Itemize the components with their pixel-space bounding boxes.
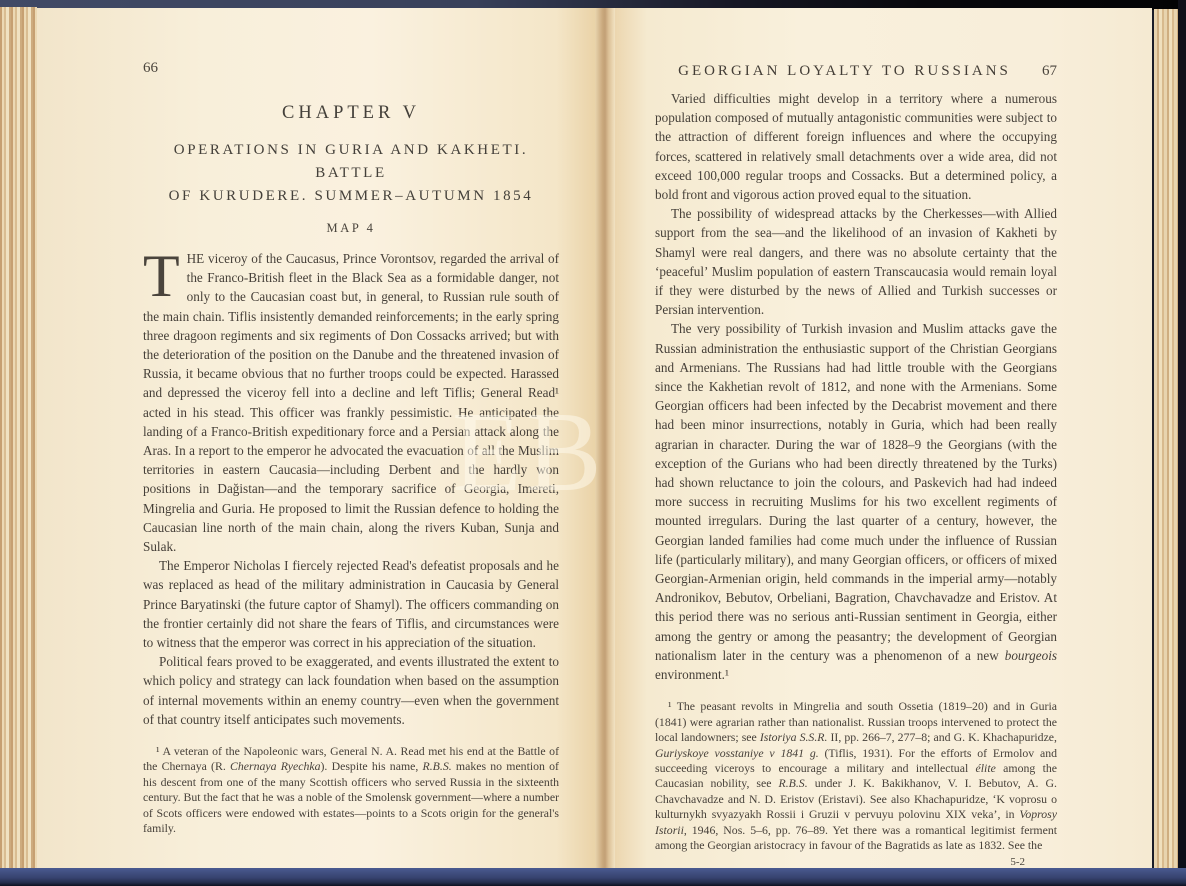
right-page: GEORGIAN LOYALTY TO RUSSIANS 67 Varied d… — [615, 8, 1152, 869]
left-page-body: THE viceroy of the Caucasus, Prince Voro… — [143, 249, 559, 729]
chapter-title: OPERATIONS IN GURIA AND KAKHETI. BATTLE … — [143, 139, 559, 208]
page-edges-left — [0, 7, 37, 870]
open-book-scan: 66 CHAPTER V OPERATIONS IN GURIA AND KAK… — [0, 0, 1186, 886]
chapter-heading: CHAPTER V — [143, 103, 559, 124]
book-cover-bottom-edge — [0, 868, 1186, 886]
right-page-body: Varied difficulties might develop in a t… — [655, 89, 1057, 684]
chapter-title-line2: OF KURUDERE. SUMMER–AUTUMN 1854 — [143, 185, 559, 208]
drop-cap: T — [143, 249, 187, 303]
right-page-footnote: ¹ The peasant revolts in Mingrelia and s… — [655, 699, 1057, 853]
paragraph-text: HE viceroy of the Caucasus, Prince Voron… — [143, 251, 559, 554]
left-page-content: 66 CHAPTER V OPERATIONS IN GURIA AND KAK… — [143, 60, 559, 837]
paragraph: Varied difficulties might develop in a t… — [655, 89, 1057, 204]
left-page-number: 66 — [143, 60, 559, 77]
left-page-footnote: ¹ A veteran of the Napoleonic wars, Gene… — [143, 744, 559, 836]
book-cover-right-edge — [1178, 0, 1186, 886]
book-gutter — [595, 8, 615, 869]
running-header: GEORGIAN LOYALTY TO RUSSIANS 67 — [655, 63, 1057, 80]
left-page: 66 CHAPTER V OPERATIONS IN GURIA AND KAK… — [37, 8, 595, 869]
chapter-title-line1: OPERATIONS IN GURIA AND KAKHETI. BATTLE — [143, 139, 559, 185]
page-edges-right — [1154, 9, 1179, 869]
signature-mark: 5-2 — [655, 856, 1057, 868]
right-page-number: 67 — [1042, 63, 1057, 80]
map-caption: MAP 4 — [143, 221, 559, 236]
right-page-content: GEORGIAN LOYALTY TO RUSSIANS 67 Varied d… — [655, 63, 1057, 868]
running-header-title: GEORGIAN LOYALTY TO RUSSIANS — [655, 63, 1034, 80]
paragraph: The possibility of widespread attacks by… — [655, 204, 1057, 319]
paragraph: The very possibility of Turkish invasion… — [655, 319, 1057, 684]
paragraph: THE viceroy of the Caucasus, Prince Voro… — [143, 249, 559, 556]
paragraph: The Emperor Nicholas I fiercely rejected… — [143, 556, 559, 652]
paragraph: Political fears proved to be exaggerated… — [143, 652, 559, 729]
